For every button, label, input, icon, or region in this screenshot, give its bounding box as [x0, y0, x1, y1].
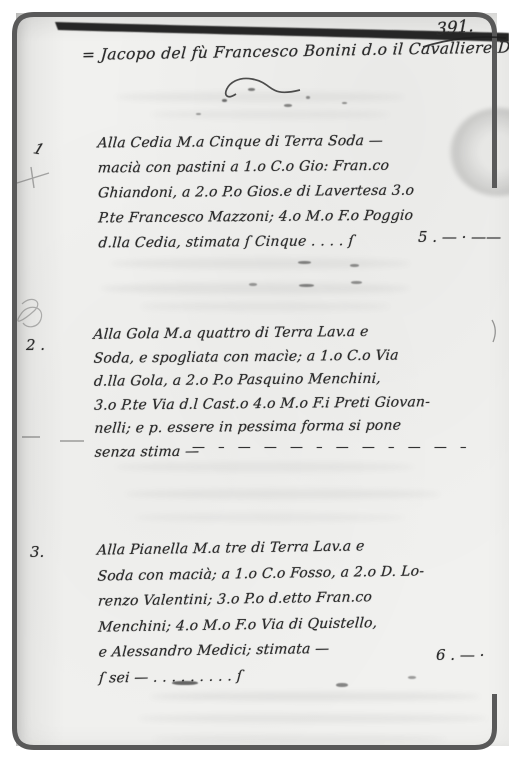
entry-line: d.lla Gola, a 2.o P.o Pasquino Menchini, [93, 367, 431, 394]
entry-3-value: 6 . — · [436, 646, 484, 664]
entry-line: Soda, e spogliata con macìe; a 1.o C.o V… [93, 344, 431, 371]
entry-1-value: 5 . — · —— [418, 228, 501, 246]
entry-2-dash-line: — – — — — – — — – — — – [192, 440, 509, 455]
entry-line: macià con pastini a 1.o C.o Gio: Fran.co [97, 154, 415, 182]
pencil-scribble [18, 299, 42, 326]
entry-number-3: 3. [30, 543, 44, 561]
margin-dashes [22, 437, 84, 441]
entry-line: nelli; e p. essere in pessima forma si p… [93, 414, 431, 441]
manuscript-scan-view: 391. = Jacopo del fù Francesco Bonini d.… [0, 0, 509, 760]
entry-line: Ghiandoni, a 2.o P.o Gios.e di Lavertesa… [97, 179, 415, 207]
entry-3: Alla Pianella M.a tre di Terra Lav.a e S… [97, 533, 426, 691]
entry-line: d.lla Cedia, stimata ſ Cinque . . . . ſ [97, 229, 415, 257]
folio-number: 391. [436, 16, 474, 40]
entry-line: 3.o P.te Via d.l Cast.o 4.o M.o F.i Pret… [93, 391, 431, 418]
pencil-cross-mark [17, 167, 49, 188]
entry-line: ſ sei — . . . . . . . . . ſ [98, 661, 427, 692]
entry-line: Alla Gola M.a quattro di Terra Lav.a e [92, 320, 430, 347]
hook-mark [492, 320, 495, 342]
entry-line: P.te Francesco Mazzoni; 4.o M.o F.o Pogg… [97, 204, 415, 232]
heading-flourish [226, 78, 300, 96]
entry-line: Alla Cedia M.a Cinque di Terra Soda — [97, 129, 415, 157]
entry-1: Alla Cedia M.a Cinque di Terra Soda — ma… [97, 129, 414, 257]
entry-number-2: 2 . [26, 336, 45, 354]
